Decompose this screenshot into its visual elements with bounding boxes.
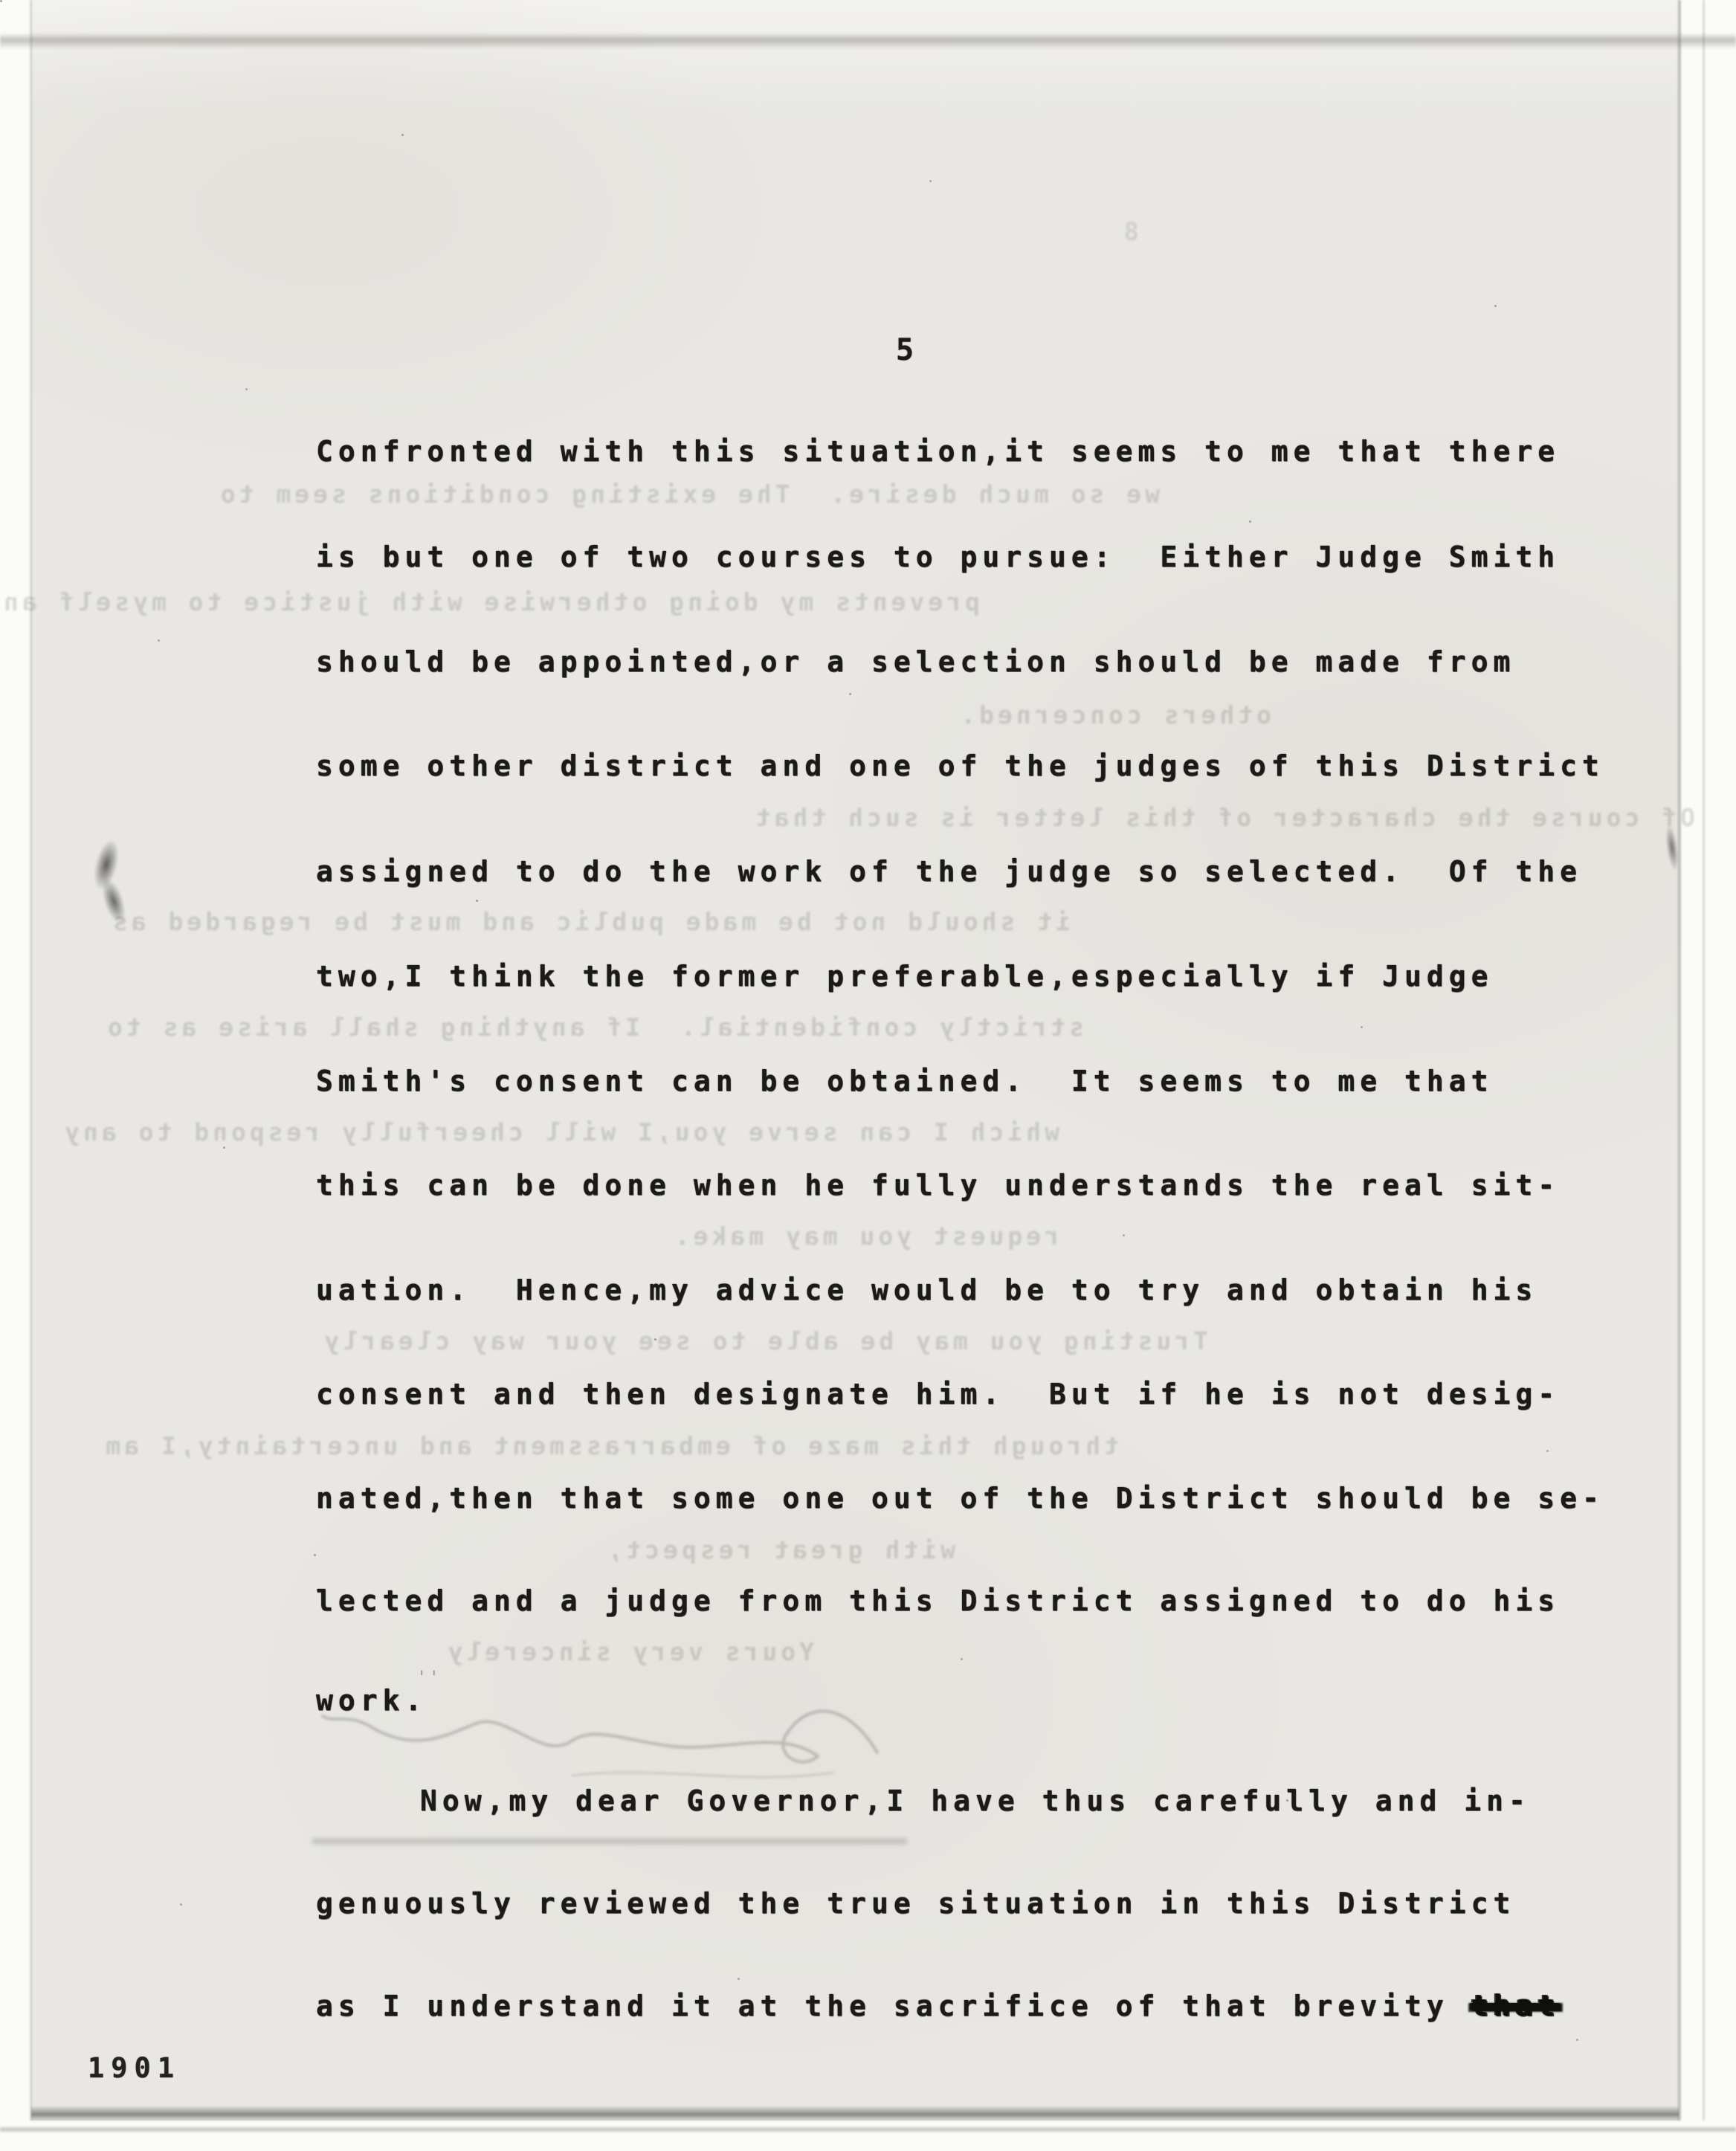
film-edge-line	[1703, 0, 1705, 2121]
line-text: as I understand it at the sacrifice of t…	[316, 1990, 1449, 2022]
bleedthrough-line: prevents my doing otherwise with justice…	[125, 587, 980, 616]
typed-line: two,I think the former preferable,especi…	[316, 960, 1494, 993]
typed-line: uation. Hence,my advice would be to try …	[316, 1274, 1537, 1306]
bleedthrough-fragment: 8	[1109, 217, 1139, 247]
struck-out-word: that	[1471, 1990, 1561, 2022]
page-number: 5	[896, 333, 914, 367]
typed-line: Confronted with this situation,it seems …	[316, 435, 1560, 468]
stray-type-mark: ''	[416, 1667, 441, 1688]
bleedthrough-line: Trusting you may be able to see your way…	[476, 1326, 1208, 1355]
typed-line: assigned to do the work of the judge so …	[316, 855, 1582, 888]
bleedthrough-line: which I can serve you,I will cheerfully …	[126, 1118, 1059, 1147]
bleedthrough-line: others concerned.	[926, 700, 1271, 729]
typed-line: is but one of two courses to pursue: Eit…	[316, 541, 1560, 573]
footer-year: 1901	[88, 2052, 181, 2084]
scan-background: { "document": { "page_number": "5", "foo…	[0, 0, 1736, 2151]
bleedthrough-scratch	[312, 1838, 907, 1845]
bleedthrough-line: we so much desire. The existing conditio…	[216, 480, 1160, 509]
typed-line: lected and a judge from this District as…	[316, 1584, 1560, 1617]
bleedthrough-line: request you may make.	[520, 1222, 1059, 1251]
paper-left-edge	[30, 0, 32, 2121]
typed-line-with-strikeout: as I understand it at the sacrifice of t…	[316, 1990, 1560, 2022]
typed-line-paragraph-indent: Now,my dear Governor,I have thus careful…	[420, 1784, 1531, 1817]
typed-line: some other district and one of the judge…	[316, 749, 1604, 782]
bleedthrough-line: through this maze of embarrassment and u…	[126, 1431, 1119, 1460]
paper-bottom-edge	[31, 2106, 1679, 2121]
typed-line: should be appointed,or a selection shoul…	[316, 645, 1515, 678]
paper-specks	[0, 0, 2, 2]
bleedthrough-line: Yours very sincerely	[335, 1637, 814, 1666]
scan-top-streak	[0, 33, 1736, 49]
scanned-document: we so much desire. The existing conditio…	[0, 0, 1736, 2151]
typed-line: work.	[316, 1684, 427, 1717]
bleedthrough-line: with great respect,	[520, 1535, 955, 1564]
typed-line: genuously reviewed the true situation in…	[316, 1887, 1515, 1920]
bleedthrough-line: it should not be made public and must be…	[126, 907, 1071, 936]
typed-line: consent and then designate him. But if h…	[316, 1378, 1560, 1410]
scan-bottom-line	[0, 2127, 1736, 2132]
typed-line: Smith's consent can be obtained. It seem…	[316, 1065, 1494, 1097]
typed-line: this can be done when he fully understan…	[316, 1169, 1560, 1202]
bleedthrough-line: Of course the character of this letter i…	[706, 803, 1695, 832]
typed-line: nated,then that some one out of the Dist…	[316, 1482, 1604, 1515]
bleedthrough-line: strictly confidential. If anything shall…	[125, 1013, 1084, 1042]
paper-right-edge	[1678, 0, 1681, 2121]
